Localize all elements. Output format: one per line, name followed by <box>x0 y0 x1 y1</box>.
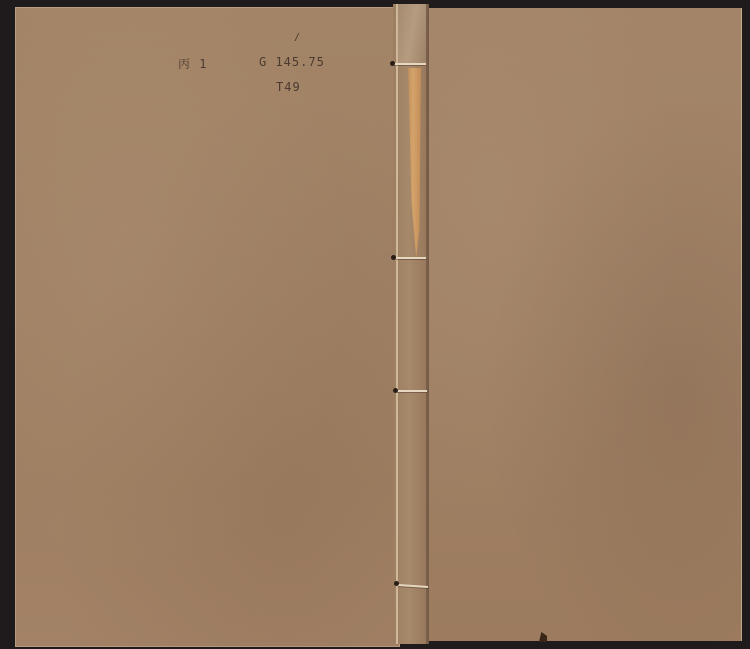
binding-stitch-2 <box>396 257 426 259</box>
spine-corner-wrap <box>398 4 426 64</box>
back-cover <box>15 7 400 647</box>
call-number-line2: T49 <box>276 80 301 94</box>
tick-mark: / <box>294 32 301 43</box>
stitch-hole-4 <box>394 581 399 586</box>
stitch-hole-1 <box>390 61 395 66</box>
call-number: G 145.75 <box>259 55 325 69</box>
binding-stitch-1 <box>394 63 426 65</box>
shelf-mark: 丙 1 <box>178 55 207 72</box>
front-cover <box>428 8 742 641</box>
stitch-hole-3 <box>393 388 398 393</box>
spine-edge-left <box>396 4 398 644</box>
photo-scene: 丙 1 G 145.75 T49 / <box>0 0 750 649</box>
spine-edge-right <box>426 4 428 644</box>
stitch-hole-2 <box>391 255 396 260</box>
binding-stitch-3 <box>397 390 427 392</box>
